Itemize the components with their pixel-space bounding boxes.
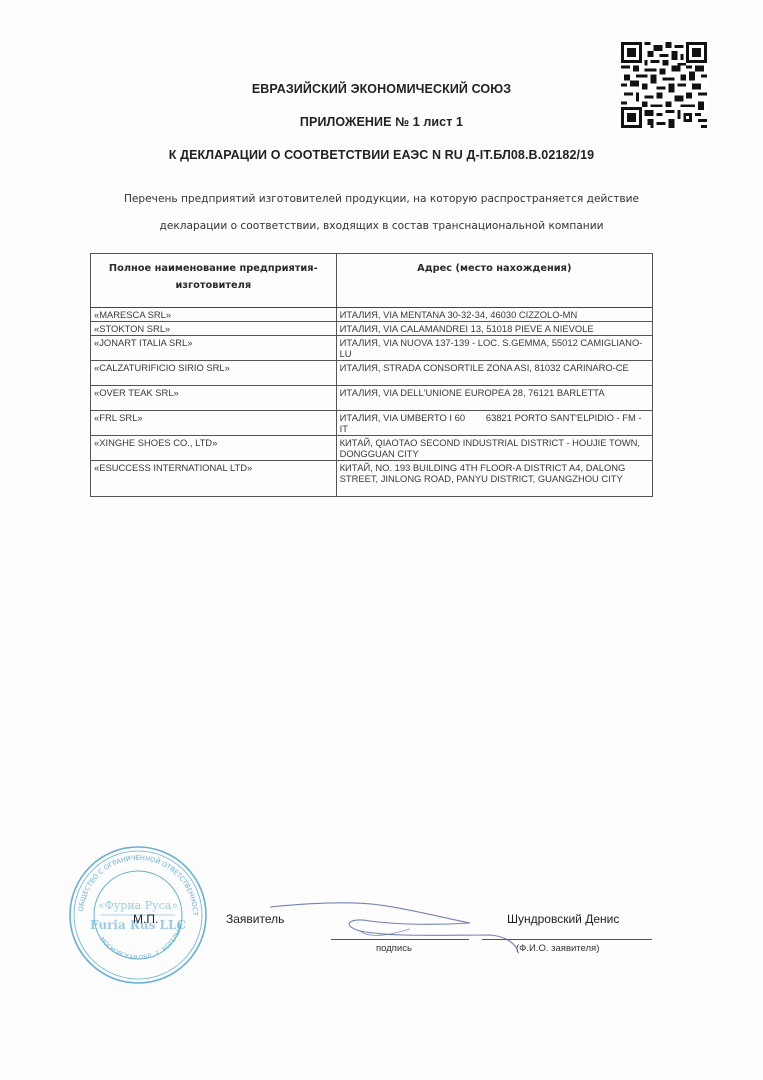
manufacturer-name: «STOKTON SRL» (91, 322, 337, 336)
manufacturer-address: ИТАЛИЯ, VIA UMBERTO I 60 63821 PORTO SAN… (336, 411, 652, 436)
table-row: «ESUCCESS INTERNATIONAL LTD» КИТАЙ, NO. … (91, 461, 653, 497)
manufacturer-address: КИТАЙ, NO. 193 BUILDING 4TH FLOOR-A DIST… (336, 461, 652, 497)
appendix-title: ПРИЛОЖЕНИЕ № 1 лист 1 (0, 115, 763, 129)
table-row: «FRL SRL» ИТАЛИЯ, VIA UMBERTO I 60 63821… (91, 411, 653, 436)
manufacturer-address: ИТАЛИЯ, STRADA CONSORTILE ZONA ASI, 8103… (336, 361, 652, 386)
manufacturer-address: КИТАЙ, QIAOTAO SECOND INDUSTRIAL DISTRIC… (336, 436, 652, 461)
manufacturer-name: «OVER TEAK SRL» (91, 386, 337, 411)
manufacturer-address: ИТАЛИЯ, VIA DELL'UNIONE EUROPEA 28, 7612… (336, 386, 652, 411)
handwritten-signature-icon (240, 895, 540, 955)
table-row: «CALZATURIFICIO SIRIO SRL» ИТАЛИЯ, STRAD… (91, 361, 653, 386)
declaration-number: К ДЕКЛАРАЦИИ О СООТВЕТСТВИИ ЕАЭС N RU Д-… (0, 148, 763, 162)
seal-label: М.П. (133, 912, 158, 926)
column-header-address: Адрес (место нахождения) (336, 254, 652, 308)
manufacturer-name: «CALZATURIFICIO SIRIO SRL» (91, 361, 337, 386)
intro-text-line2: декларации о соответствии, входящих в со… (0, 220, 763, 232)
manufacturer-name: «JONART ITALIA SRL» (91, 336, 337, 361)
manufacturer-name: «ESUCCESS INTERNATIONAL LTD» (91, 461, 337, 497)
column-header-name: Полное наименование предприятия-изготови… (91, 254, 337, 308)
intro-text-line1: Перечень предприятий изготовителей проду… (0, 193, 763, 205)
manufacturer-address: ИТАЛИЯ, VIA CALAMANDREI 13, 51018 PIEVE … (336, 322, 652, 336)
union-title: ЕВРАЗИЙСКИЙ ЭКОНОМИЧЕСКИЙ СОЮЗ (0, 82, 763, 96)
table-row: «OVER TEAK SRL» ИТАЛИЯ, VIA DELL'UNIONE … (91, 386, 653, 411)
manufacturer-name: «FRL SRL» (91, 411, 337, 436)
manufacturers-table: Полное наименование предприятия-изготови… (90, 253, 653, 497)
table-header-row: Полное наименование предприятия-изготови… (91, 254, 653, 308)
table-row: «JONART ITALIA SRL» ИТАЛИЯ, VIA NUOVA 13… (91, 336, 653, 361)
manufacturer-name: «MARESCA SRL» (91, 308, 337, 322)
table-row: «STOKTON SRL» ИТАЛИЯ, VIA CALAMANDREI 13… (91, 322, 653, 336)
manufacturer-address: ИТАЛИЯ, VIA MENTANA 30-32-34, 46030 CIZZ… (336, 308, 652, 322)
manufacturer-name: «XINGHE SHOES CO., LTD» (91, 436, 337, 461)
document-page: ЕВРАЗИЙСКИЙ ЭКОНОМИЧЕСКИЙ СОЮЗ ПРИЛОЖЕНИ… (0, 0, 763, 1080)
table-row: «MARESCA SRL» ИТАЛИЯ, VIA MENTANA 30-32-… (91, 308, 653, 322)
svg-text:«Фуриа Руса»: «Фуриа Руса» (98, 899, 178, 912)
table-row: «XINGHE SHOES CO., LTD» КИТАЙ, QIAOTAO S… (91, 436, 653, 461)
manufacturer-address: ИТАЛИЯ, VIA NUOVA 137-139 - LOC. S.GEMMA… (336, 336, 652, 361)
